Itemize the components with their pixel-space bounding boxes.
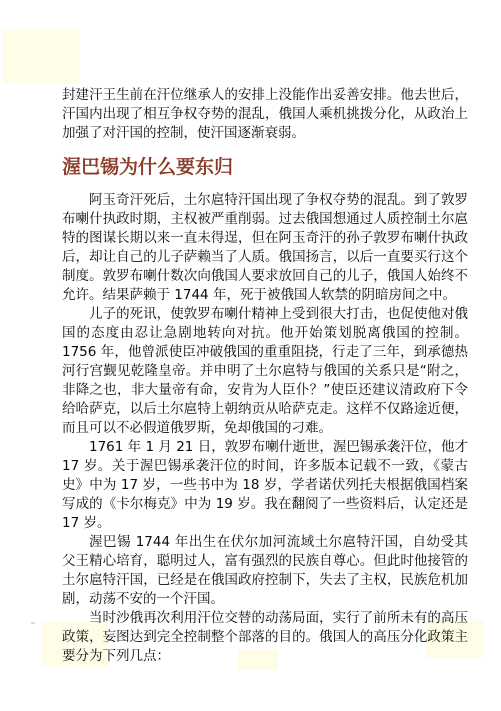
paragraph-continuation: 封建汗王生前在汗位继承人的安排上没能作出妥善安排。他去世后，汗国内出现了相互争权… [62,86,468,143]
body-paragraph: 渥巴锡 1744 年出生在伏尔加河流域土尔扈特汗国，自幼受其父王精心培育，聪明过… [62,533,468,609]
scan-smudge-top-left [3,29,80,84]
body-paragraph: 儿子的死讯，使敦罗布喇什精神上受到很大打击，也促使他对俄国的态度由忍让急剧地转向… [62,305,468,438]
scan-speck [31,622,35,624]
body-paragraph: 阿玉奇汗死后，土尔扈特汗国出现了争权夺势的混乱。到了敦罗布喇什执政时期，主权被严… [62,191,468,305]
text-column: 封建汗王生前在汗位继承人的安排上没能作出妥善安排。他去世后，汗国内出现了相互争权… [62,86,468,666]
body-paragraph: 当时沙俄再次利用汗位交替的动荡局面，实行了前所未有的高压政策，妄图达到完全控制整… [62,609,468,666]
book-page: 封建汗王生前在汗位继承人的安排上没能作出妥善安排。他去世后，汗国内出现了相互争权… [0,0,501,711]
body-paragraph: 1761 年 1 月 21 日，敦罗布喇什逝世，渥巴锡承袭汗位，他才 17 岁。… [62,438,468,533]
section-heading: 渥巴锡为什么要东归 [62,157,468,177]
